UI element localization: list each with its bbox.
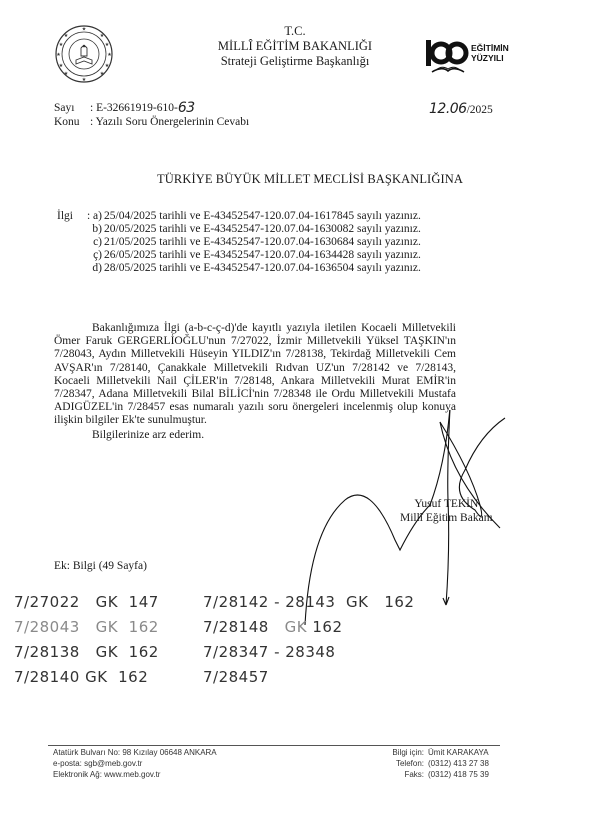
- contact-row: Telefon:(0312) 413 27 38: [375, 758, 489, 769]
- handwritten-notes-right: 7/28142 - 28143 GK 162 7/28148 GK 162 7/…: [203, 590, 414, 690]
- note-row: 7/27022 GK 147: [14, 590, 159, 615]
- footer-address: Atatürk Bulvarı No: 98 Kızılay 06648 ANK…: [53, 747, 217, 758]
- sayi-value: : E-32661919-610-: [90, 101, 178, 115]
- note-row: 7/28140 GK 162: [14, 665, 159, 690]
- svg-text:★: ★: [64, 33, 69, 39]
- attachment-note: Ek: Bilgi (49 Sayfa): [54, 560, 147, 572]
- ilgi-item: ç)26/05/2025 tarihli ve E-43452547-120.0…: [85, 249, 421, 262]
- document-meta: Sayı : E-32661919-610- 63 Konu : Yazılı …: [54, 101, 249, 129]
- addressee-text: TÜRKİYE BÜYÜK MİLLET MECLİSİ BAŞKANLIĞIN…: [157, 172, 463, 186]
- note-row: 7/28347 - 28348: [203, 640, 414, 665]
- ilgi-items: : a)25/04/2025 tarihli ve E-43452547-120…: [85, 210, 421, 275]
- konu-row: Konu : Yazılı Soru Önergelerinin Cevabı: [54, 115, 249, 129]
- century-logo-icon: EĞİTİMİN YÜZYILI: [424, 36, 520, 76]
- footer-address-block: Atatürk Bulvarı No: 98 Kızılay 06648 ANK…: [53, 747, 217, 780]
- svg-text:★: ★: [100, 33, 105, 39]
- header-tc: T.C.: [190, 24, 400, 39]
- svg-text:★: ★: [100, 71, 105, 77]
- sayi-handwritten: 63: [178, 101, 195, 115]
- ilgi-item: b)20/05/2025 tarihli ve E-43452547-120.0…: [85, 223, 421, 236]
- footer-divider: [48, 745, 500, 746]
- svg-text:★: ★: [105, 63, 110, 69]
- svg-text:★: ★: [105, 42, 110, 48]
- header-department: Strateji Geliştirme Başkanlığı: [190, 54, 400, 69]
- addressee: TÜRKİYE BÜYÜK MİLLET MECLİSİ BAŞKANLIĞIN…: [0, 172, 590, 187]
- handwritten-notes-left: 7/27022 GK 147 7/28043 GK 162 7/28138 GK…: [14, 590, 159, 690]
- note-row: 7/28142 - 28143 GK 162: [203, 590, 414, 615]
- note-row: 7/28457: [203, 665, 414, 690]
- ministry-seal-logo: ★★ ★★ ★★ ★★ ★★ ★★: [54, 24, 114, 84]
- ilgi-item: d)28/05/2025 tarihli ve E-43452547-120.0…: [85, 262, 421, 275]
- reference-list: İlgi : a)25/04/2025 tarihli ve E-4345254…: [57, 210, 421, 275]
- note-row: 7/28138 GK 162: [14, 640, 159, 665]
- education-century-logo: EĞİTİMİN YÜZYILI: [424, 36, 520, 76]
- ilgi-item: c)21/05/2025 tarihli ve E-43452547-120.0…: [85, 236, 421, 249]
- ilgi-item: : a)25/04/2025 tarihli ve E-43452547-120…: [85, 210, 421, 223]
- letterhead: T.C. MİLLÎ EĞİTİM BAKANLIĞI Strateji Gel…: [190, 24, 400, 69]
- note-row: 7/28043 GK 162: [14, 615, 159, 640]
- svg-text:★: ★: [64, 71, 69, 77]
- seal-icon: ★★ ★★ ★★ ★★ ★★ ★★: [54, 24, 114, 84]
- svg-text:★: ★: [59, 42, 64, 48]
- date-handwritten: 12.06: [429, 101, 467, 117]
- contact-row: Bilgi için:Ümit KARAKAYA: [375, 747, 489, 758]
- header-ministry: MİLLÎ EĞİTİM BAKANLIĞI: [190, 39, 400, 54]
- footer-email: e-posta: sgb@meb.gov.tr: [53, 758, 217, 769]
- footer-web: Elektronik Ağ: www.meb.gov.tr: [53, 769, 217, 780]
- body-paragraph: Bakanlığımıza İlgi (a-b-c-ç-d)'de kayıtl…: [54, 322, 456, 428]
- signatory-name: Yusuf TEKİN: [400, 497, 493, 511]
- konu-label: Konu: [54, 115, 90, 129]
- date-year: /2025: [467, 104, 493, 116]
- svg-text:★: ★: [107, 52, 112, 58]
- svg-text:YÜZYILI: YÜZYILI: [471, 53, 504, 63]
- ilgi-label: İlgi: [57, 210, 85, 275]
- konu-value: : Yazılı Soru Önergelerinin Cevabı: [90, 115, 249, 129]
- signatory-block: Yusuf TEKİN Millî Eğitim Bakanı: [400, 497, 493, 525]
- footer-contact-block: Bilgi için:Ümit KARAKAYA Telefon:(0312) …: [375, 747, 489, 780]
- closing-line: Bilgilerinize arz ederim.: [54, 429, 456, 442]
- svg-text:EĞİTİMİN: EĞİTİMİN: [471, 42, 509, 53]
- svg-text:★: ★: [56, 52, 61, 58]
- document-date: 12.06/2025: [429, 101, 493, 117]
- svg-text:★: ★: [59, 63, 64, 69]
- sayi-label: Sayı: [54, 101, 90, 115]
- sayi-row: Sayı : E-32661919-610- 63: [54, 101, 249, 115]
- note-row: 7/28148 GK 162: [203, 615, 414, 640]
- svg-text:★: ★: [82, 27, 87, 33]
- contact-row: Faks:(0312) 418 75 39: [375, 769, 489, 780]
- letter-body: Bakanlığımıza İlgi (a-b-c-ç-d)'de kayıtl…: [54, 322, 456, 442]
- svg-text:★: ★: [82, 77, 87, 83]
- signatory-title: Millî Eğitim Bakanı: [400, 511, 493, 525]
